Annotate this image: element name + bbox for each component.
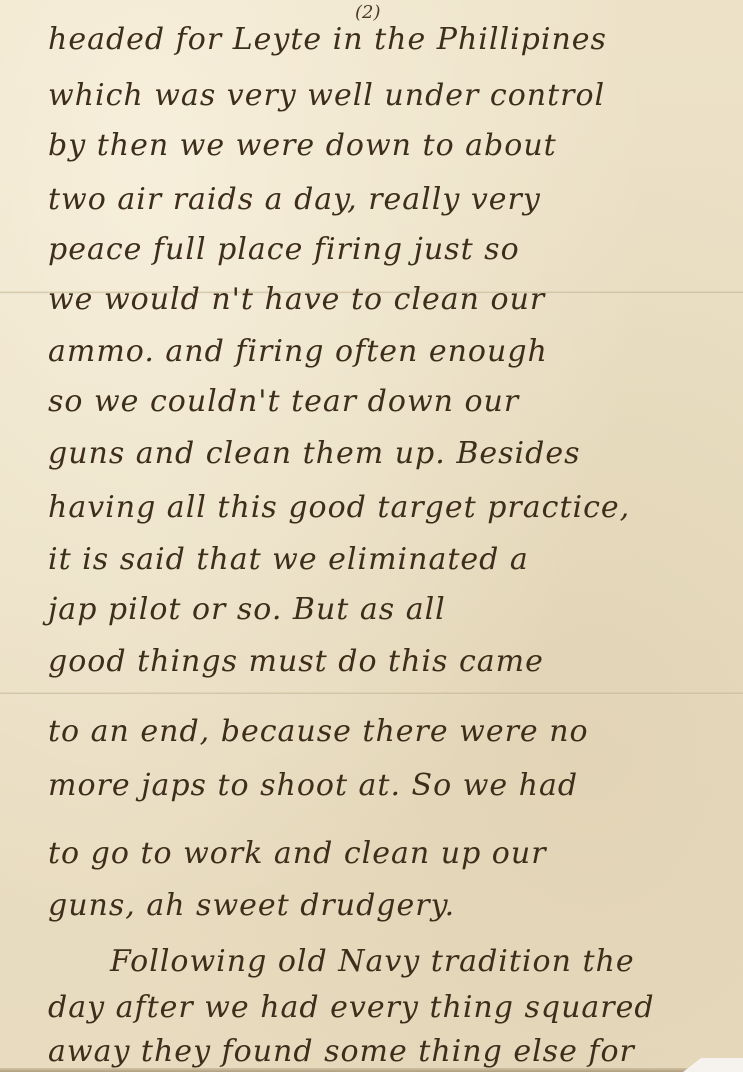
letter-page: (2) headed for Leyte in the Phillipines … [0, 0, 743, 1072]
text-line: day after we had every thing squared [48, 990, 728, 1026]
text-line: which was very well under control [48, 78, 728, 114]
text-line: away they found some thing else for [48, 1034, 728, 1070]
text-line: two air raids a day, really very [48, 182, 728, 218]
paper-bottom-edge [0, 1068, 743, 1072]
text-line: good things must do this came [48, 644, 728, 680]
text-line: jap pilot or so. But as all [48, 592, 728, 628]
text-line: guns, ah sweet drudgery. [48, 888, 728, 924]
fold-crease-lower [0, 692, 743, 695]
text-line: so we couldn't tear down our [48, 384, 728, 420]
text-line: to an end, because there were no [48, 714, 728, 750]
text-line: more japs to shoot at. So we had [48, 768, 728, 804]
text-line: ammo. and firing often enough [48, 334, 728, 370]
text-line: it is said that we eliminated a [48, 542, 728, 578]
text-line: to go to work and clean up our [48, 836, 728, 872]
text-line: guns and clean them up. Besides [48, 436, 728, 472]
text-line: headed for Leyte in the Phillipines [48, 22, 728, 58]
text-line: Following old Navy tradition the [110, 944, 743, 980]
text-line: peace full place firing just so [48, 232, 728, 268]
text-line: we would n't have to clean our [48, 282, 728, 318]
text-line: by then we were down to about [48, 128, 728, 164]
text-line: having all this good target practice, [48, 490, 728, 526]
page-number: (2) [355, 2, 381, 23]
